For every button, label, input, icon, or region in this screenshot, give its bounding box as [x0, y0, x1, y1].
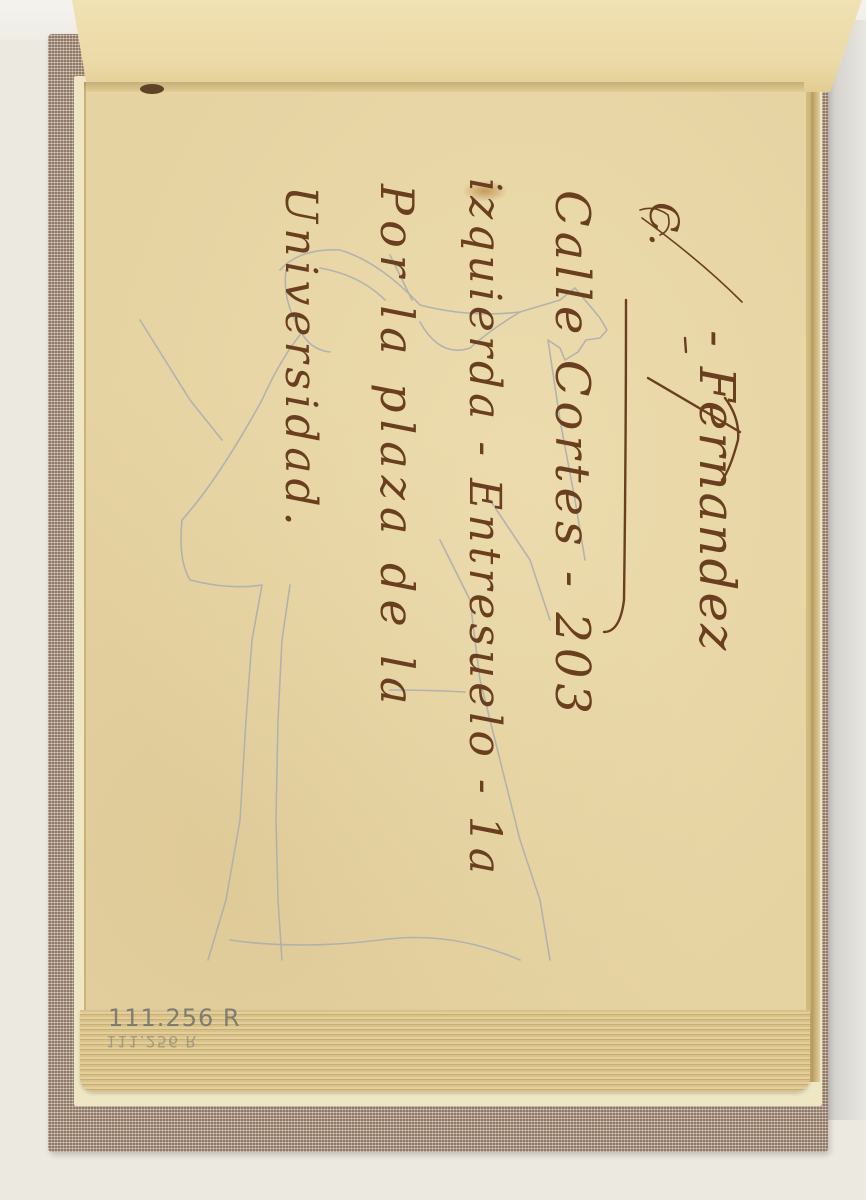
handwriting-line-1: C.	[640, 202, 686, 248]
handwriting-line-4: izquierda - Entresuelo - 1a	[459, 178, 510, 878]
handwriting-line-3: Calle Cortes - 203	[544, 190, 600, 719]
handwriting-line-6: Universidad.	[275, 186, 326, 531]
catalog-number-offset: 111.256 R	[106, 1032, 197, 1051]
catalog-number: 111.256 R	[108, 1004, 241, 1032]
handwriting-line-5: Por la plaza de la	[370, 184, 424, 711]
handwriting-line-2: - Fernandez	[688, 330, 746, 652]
